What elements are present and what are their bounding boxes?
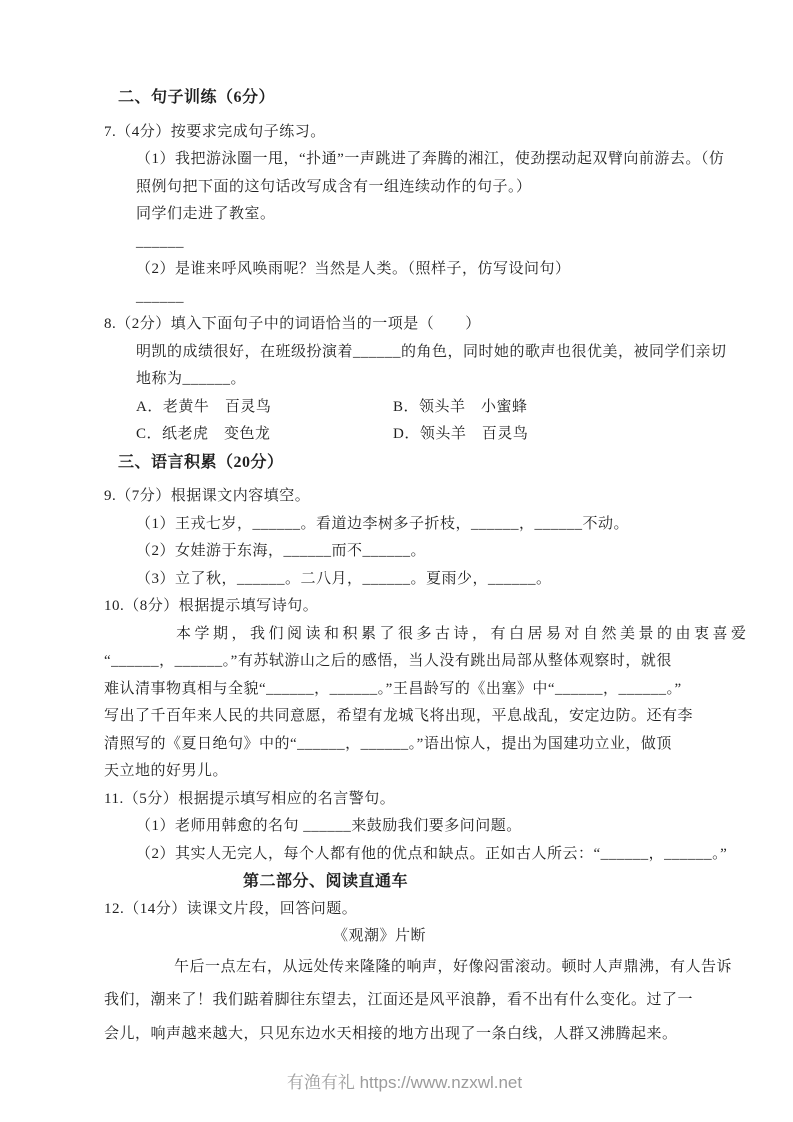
passage-line-1: 午后一点左右，从远处传来隆隆的响声，好像闷雷滚动。顿时人声鼎沸，有人告诉	[104, 951, 705, 985]
question-10-body-line6: 天立地的好男儿。	[104, 758, 705, 786]
section-2-heading: 二、句子训练（6分）	[104, 84, 705, 112]
question-10-body-line3: 难认清事物真相与全貌“______，______。”王昌龄写的《出塞》中“___…	[104, 676, 705, 704]
question-7-stem: 7.（4分）按要求完成句子练习。	[104, 119, 705, 147]
question-11-stem: 11.（5分）根据提示填写相应的名言警句。	[104, 786, 705, 814]
question-9-part2: （2）女娃游于东海，______而不______。	[104, 538, 705, 566]
question-10-body-line4: 写出了千百年来人民的共同意愿，希望有龙城飞将出现，平息战乱，安定边防。还有李	[104, 703, 705, 731]
passage-guanchao: 午后一点左右，从远处传来隆隆的响声，好像闷雷滚动。顿时人声鼎沸，有人告诉 我们，…	[104, 951, 705, 1052]
question-9-stem: 9.（7分）根据课文内容填空。	[104, 483, 705, 511]
question-8-stem: 8.（2分）填入下面句子中的词语恰当的一项是（ ）	[104, 311, 705, 339]
page-footer-watermark: 有渔有礼 https://www.nzxwl.net	[104, 1069, 705, 1096]
question-7-part1-line1: （1）我把游泳圈一甩，“扑通”一声跳进了奔腾的湘江，使劲摆动起双臂向前游去。（仿	[104, 146, 705, 174]
question-10-body-line1: 本学期，我们阅读和积累了很多古诗，有白居易对自然美景的由衷喜爱	[104, 621, 705, 649]
section-3-heading: 三、语言积累（20分）	[104, 449, 705, 477]
question-8-options-row-2: C．纸老虎 变色龙 D．领头羊 百灵鸟	[104, 421, 705, 449]
question-8-body-line1: 明凯的成绩很好，在班级扮演着______的角色，同时她的歌声也很优美，被同学们亲…	[104, 339, 705, 367]
question-8-option-b: B．领头羊 小蜜蜂	[393, 394, 528, 422]
question-7-part2: （2）是谁来呼风唤雨呢？当然是人类。（照样子，仿写设问句）	[104, 256, 705, 284]
passage-line-2: 我们，潮来了！我们踮着脚往东望去，江面还是风平浪静，看不出有什么变化。过了一	[104, 984, 705, 1018]
question-8-body-line2: 地称为______。	[104, 366, 705, 394]
question-8-option-c: C．纸老虎 变色龙	[136, 426, 271, 442]
question-9-part3: （3）立了秋，______。二八月，______。夏雨少，______。	[104, 566, 705, 594]
question-10-body-line5: 清照写的《夏日绝句》中的“______，______。”语出惊人，提出为国建功立…	[104, 731, 705, 759]
question-7-answer-blank-2: ______	[104, 284, 705, 312]
question-10-body-line2: “______，______。”有苏轼游山之后的感悟，当人没有跳出局部从整体观察…	[104, 648, 705, 676]
question-7-answer-blank-1: ______	[104, 229, 705, 257]
question-9-part1: （1）王戎七岁，______。看道边李树多子折枝，______，______不动…	[104, 511, 705, 539]
question-7-part1-source-sentence: 同学们走进了教室。	[104, 201, 705, 229]
question-7-part1-line2: 照例句把下面的这句话改写成含有一组连续动作的句子。）	[104, 174, 705, 202]
question-12-stem: 12.（14分）读课文片段，回答问题。	[104, 896, 705, 924]
passage-line-3: 会儿，响声越来越大，只见东边水天相接的地方出现了一条白线，人群又沸腾起来。	[104, 1018, 705, 1052]
question-11-part1: （1）老师用韩愈的名句 ______来鼓励我们要多问问题。	[104, 813, 705, 841]
question-10-stem: 10.（8分）根据提示填写诗句。	[104, 593, 705, 621]
question-8-option-a: A．老黄牛 百灵鸟	[136, 399, 271, 415]
passage-title: 《观潮》片断	[104, 923, 705, 951]
part-2-heading: 第二部分、阅读直通车	[104, 868, 705, 896]
question-8-options-row-1: A．老黄牛 百灵鸟 B．领头羊 小蜜蜂	[104, 394, 705, 422]
question-11-part2: （2）其实人无完人，每个人都有他的优点和缺点。正如古人所云：“______，__…	[104, 841, 705, 869]
question-8-option-d: D．领头羊 百灵鸟	[393, 421, 528, 449]
exam-page: 二、句子训练（6分） 7.（4分）按要求完成句子练习。 （1）我把游泳圈一甩，“…	[0, 0, 793, 1122]
